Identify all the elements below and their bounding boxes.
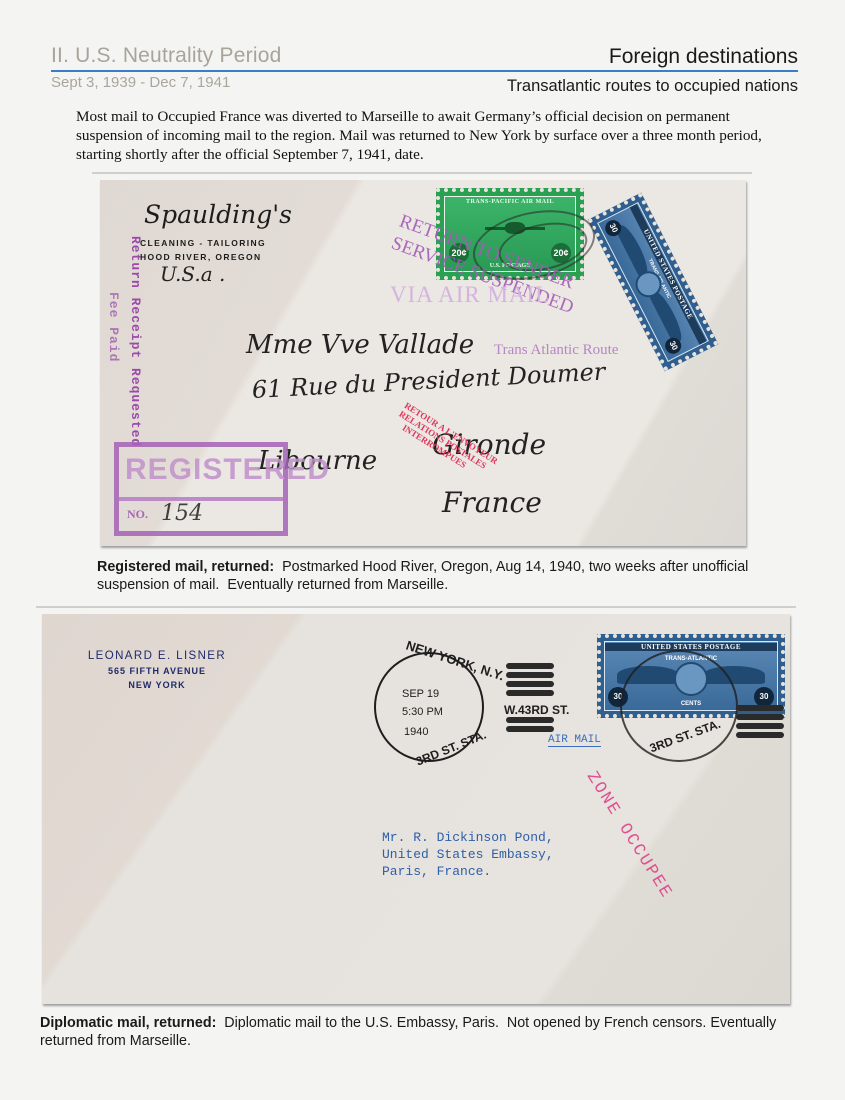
- trans-atlantic-route-marking: Trans Atlantic Route: [494, 342, 618, 359]
- killer-bars: [736, 702, 784, 741]
- corner-card-name: LEONARD E. LISNER: [42, 650, 272, 662]
- corner-card-line: NEW YORK: [42, 680, 272, 690]
- via-air-mail-marking: VIA AIR MAIL: [390, 282, 550, 308]
- page-title: Foreign destinations: [609, 45, 798, 69]
- address-line: Mr. R. Dickinson Pond,: [382, 830, 554, 847]
- page-subtitle: Transatlantic routes to occupied nations: [507, 77, 798, 96]
- registered-number: 154: [161, 501, 203, 526]
- stamp-text: UNITED STATES POSTAGE: [605, 643, 777, 651]
- section-title: II. U.S. Neutrality Period: [51, 44, 281, 68]
- corner-card-line: CLEANING - TAILORING: [140, 238, 266, 248]
- return-receipt-marking: Return Receipt Requested: [128, 236, 143, 447]
- address-line: Mme Vve Vallade: [246, 330, 474, 360]
- address-line: Paris, France.: [382, 864, 491, 881]
- section-dates: Sept 3, 1939 - Dec 7, 1941: [51, 74, 230, 91]
- sleeve-edge: [36, 606, 796, 608]
- killer-text: W.43RD ST.: [504, 704, 569, 717]
- killer-bars: [506, 660, 554, 735]
- cover-diplomatic: LEONARD E. LISNER 565 FIFTH AVENUE NEW Y…: [42, 614, 790, 1004]
- address-line: 61 Rue du President Doumer: [251, 358, 606, 404]
- address-line: France: [442, 486, 542, 519]
- corner-card-line: 565 FIFTH AVENUE: [42, 666, 272, 676]
- caption-heading: Registered mail, returned:: [97, 559, 274, 575]
- registered-no-label: NO.: [127, 507, 148, 522]
- sleeve-edge: [92, 172, 752, 174]
- fee-paid-marking: Fee Paid: [106, 292, 121, 362]
- cover-registered: Spaulding's CLEANING - TAILORING HOOD RI…: [100, 180, 746, 546]
- corner-card-line: HOOD RIVER, OREGON: [140, 252, 262, 262]
- air-mail-label: AIR MAIL: [548, 734, 601, 747]
- registered-label: REGISTERED: [125, 453, 330, 487]
- registered-box: REGISTERED NO. 154: [114, 442, 288, 536]
- postmark-time: 5:30 PM: [402, 706, 443, 719]
- caption-registered: Registered mail, returned: Postmarked Ho…: [97, 558, 767, 594]
- caption-heading: Diplomatic mail, returned:: [40, 1015, 216, 1031]
- corner-card-name: Spaulding's: [144, 200, 292, 229]
- header-rule: [51, 70, 798, 72]
- handwritten-country: U.S.a .: [160, 262, 225, 286]
- caption-diplomatic: Diplomatic mail, returned: Diplomatic ma…: [40, 1014, 810, 1050]
- stamp-text: TRANS-PACIFIC AIR MAIL: [445, 199, 575, 205]
- zone-occupee-marking: ZONE OCCUPEE: [582, 768, 676, 902]
- postmark-date: SEP 19: [402, 688, 439, 701]
- postmark-year: 1940: [404, 726, 428, 739]
- address-line: United States Embassy,: [382, 847, 554, 864]
- intro-paragraph: Most mail to Occupied France was diverte…: [76, 107, 796, 164]
